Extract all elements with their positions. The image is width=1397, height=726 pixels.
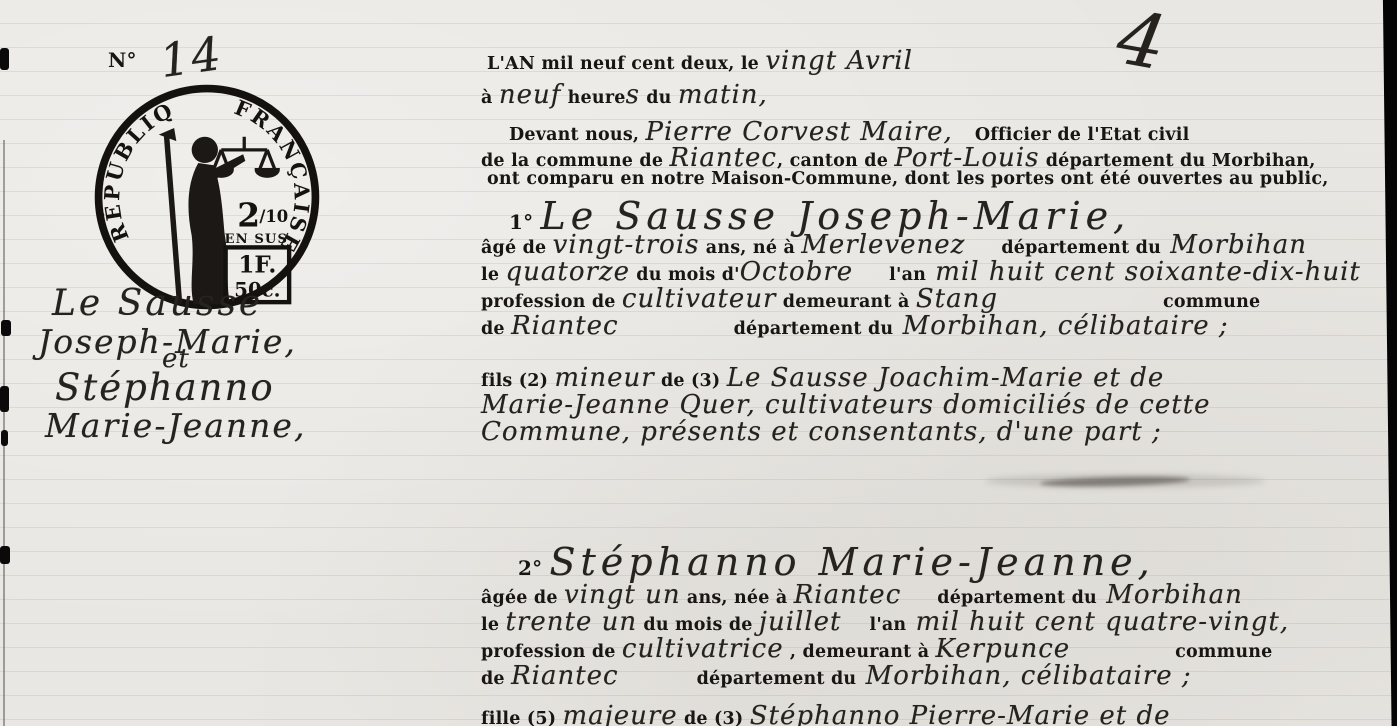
document-line: le quatorze du mois d'Octobrel'an mil hu…	[481, 257, 1361, 287]
revenue-stamp: RÉPUBLIQUE FRANÇAISE 2 /10 EN SUS	[92, 82, 322, 312]
handwritten-text: vingt un	[564, 580, 681, 610]
binding-mark	[0, 48, 9, 70]
handwritten-text: mil huit cent quatre-vingt,	[906, 607, 1289, 637]
printed-text: département du	[1001, 238, 1161, 258]
justice-figure-icon	[159, 128, 246, 304]
printed-text: fils (2)	[481, 371, 554, 391]
document-line: fille (5) majeure de (3) Stéphanno Pierr…	[481, 701, 1171, 726]
svg-text:2: 2	[237, 196, 260, 235]
printed-text: ans, née à	[681, 588, 794, 608]
svg-text:EN SUS: EN SUS	[225, 232, 289, 247]
handwritten-text: Morbihan	[1097, 580, 1243, 610]
stamp-left-text: RÉPUBLIQUE	[92, 82, 178, 246]
printed-text: , canton de	[777, 151, 894, 171]
printed-text: le	[481, 265, 505, 285]
printed-text: du	[640, 88, 678, 108]
printed-text: commune	[1175, 642, 1272, 662]
handwritten-text: Riantec	[511, 311, 619, 341]
svg-text:/10: /10	[259, 207, 288, 226]
handwritten-text: Morbihan, célibataire ;	[893, 311, 1228, 341]
printed-text: de	[481, 319, 511, 339]
handwritten-text: Stang	[916, 284, 998, 314]
printed-text: département du	[734, 319, 894, 339]
printed-text: profession de	[481, 642, 622, 662]
svg-text:1F.: 1F.	[238, 252, 276, 279]
document-line: âgée de vingt un ans, née à Riantecdépar…	[481, 580, 1243, 610]
printed-text: demeurant à	[777, 292, 916, 312]
document-line: à neuf heures du matin,	[481, 80, 768, 110]
document-line: fils (2) mineur de (3) Le Sausse Joachim…	[481, 363, 1164, 393]
handwritten-text: trente un	[505, 607, 637, 637]
document-line: 2° Stéphanno Marie-Jeanne,	[518, 540, 1155, 584]
document-line: âgé de vingt-trois ans, né à Merlevenezd…	[481, 230, 1307, 260]
handwritten-text: vingt Avril	[765, 46, 913, 76]
document-line: ont comparu en notre Maison-Commune, don…	[487, 169, 1329, 189]
handwritten-text: matin,	[678, 80, 768, 110]
handwritten-text: mineur	[554, 363, 654, 393]
handwritten-text: Marie-Jeanne Quer, cultivateurs domicili…	[481, 390, 1211, 420]
printed-text: l'an	[889, 265, 926, 285]
printed-text: 2°	[518, 556, 549, 580]
printed-text: département du	[697, 669, 857, 689]
handwritten-text: s	[626, 80, 640, 110]
margin-name-groom-surname: Le Sausse	[52, 283, 263, 324]
document-line: profession de cultivateur demeurant à St…	[481, 284, 1260, 314]
printed-text: âgée de	[481, 588, 564, 608]
document-line: de Riantecdépartement du Morbihan, célib…	[481, 661, 1192, 691]
binding-mark	[0, 386, 9, 412]
page-corner-mark: 4	[1112, 0, 1172, 81]
document-line: le trente un du mois de juilletl'an mil …	[481, 607, 1289, 637]
printed-text: de (3)	[678, 709, 750, 726]
handwritten-text: Stéphanno Marie-Jeanne,	[549, 540, 1154, 584]
handwritten-text: cultivatrice	[622, 634, 784, 664]
printed-text: profession de	[481, 292, 622, 312]
handwritten-text: quatorze	[505, 257, 630, 287]
margin-name-bride-firstnames: Marie-Jeanne,	[45, 406, 306, 445]
printed-text: du mois d'	[630, 265, 740, 285]
handwritten-text: Kerpunce	[936, 634, 1071, 664]
handwritten-text: neuf	[499, 80, 562, 110]
printed-text: fille (5)	[481, 709, 563, 726]
act-number-block: N° 14	[108, 48, 137, 72]
act-number-value: 14	[157, 26, 226, 88]
scales-icon	[210, 137, 278, 176]
printed-text: à	[481, 88, 499, 108]
handwritten-text: Octobre	[740, 257, 853, 287]
handwritten-text: Commune, présents et consentants, d'une …	[481, 417, 1162, 447]
printed-text: l'an	[869, 615, 906, 635]
act-number-label: N°	[108, 48, 137, 72]
handwritten-text: Riantec	[794, 580, 902, 610]
handwritten-text: majeure	[563, 701, 678, 726]
printed-text: âgé de	[481, 238, 553, 258]
printed-text: département du Morbihan,	[1039, 151, 1315, 171]
handwritten-text: Riantec	[511, 661, 619, 691]
document-scan: N° 14 4 RÉPUBLIQUE FRANÇAISE	[0, 0, 1397, 726]
printed-text: du mois de	[637, 615, 759, 635]
printed-text: de (3)	[655, 371, 727, 391]
svg-text:RÉPUBLIQUE: RÉPUBLIQUE	[92, 82, 178, 246]
handwritten-text: mil huit cent soixante-dix-huit	[926, 257, 1361, 287]
printed-text: Officier de l'Etat civil	[975, 125, 1190, 145]
printed-text: commune	[1163, 292, 1260, 312]
handwritten-text: Stéphanno Pierre-Marie et de	[750, 701, 1171, 726]
handwritten-text: cultivateur	[622, 284, 777, 314]
printed-text: L'AN mil neuf cent deux, le	[487, 54, 765, 74]
printed-text: ont comparu en notre Maison-Commune, don…	[487, 169, 1329, 189]
handwritten-text: Le Sausse Joachim-Marie et de	[727, 363, 1165, 393]
handwritten-text: juillet	[759, 607, 842, 637]
stamp-rate: 2 /10 EN SUS	[225, 196, 289, 247]
handwritten-text: Morbihan, célibataire ;	[856, 661, 1191, 691]
handwritten-text: Merlevenez	[801, 230, 965, 260]
document-line: Commune, présents et consentants, d'une …	[481, 417, 1162, 447]
binding-mark	[1, 430, 8, 446]
document-line: L'AN mil neuf cent deux, le vingt Avril	[487, 46, 913, 76]
binding-mark	[1, 320, 11, 336]
margin-name-bride-surname: Stéphanno	[55, 366, 275, 409]
printed-text: , demeurant à	[784, 642, 936, 662]
document-line: profession de cultivatrice , demeurant à…	[481, 634, 1273, 664]
printed-text: Devant nous,	[509, 125, 645, 145]
printed-text: de	[481, 669, 511, 689]
printed-text: département du	[937, 588, 1097, 608]
printed-text: ans, né à	[700, 238, 802, 258]
printed-text: heure	[561, 88, 625, 108]
handwritten-text: Morbihan	[1161, 230, 1307, 260]
document-line: de Riantecdépartement du Morbihan, célib…	[481, 311, 1229, 341]
handwritten-text: vingt-trois	[553, 230, 700, 260]
printed-text: de la commune de	[481, 151, 669, 171]
scan-edge-right	[1381, 0, 1397, 726]
printed-text: le	[481, 615, 505, 635]
document-line: Marie-Jeanne Quer, cultivateurs domicili…	[481, 390, 1211, 420]
binding-mark	[0, 546, 10, 564]
